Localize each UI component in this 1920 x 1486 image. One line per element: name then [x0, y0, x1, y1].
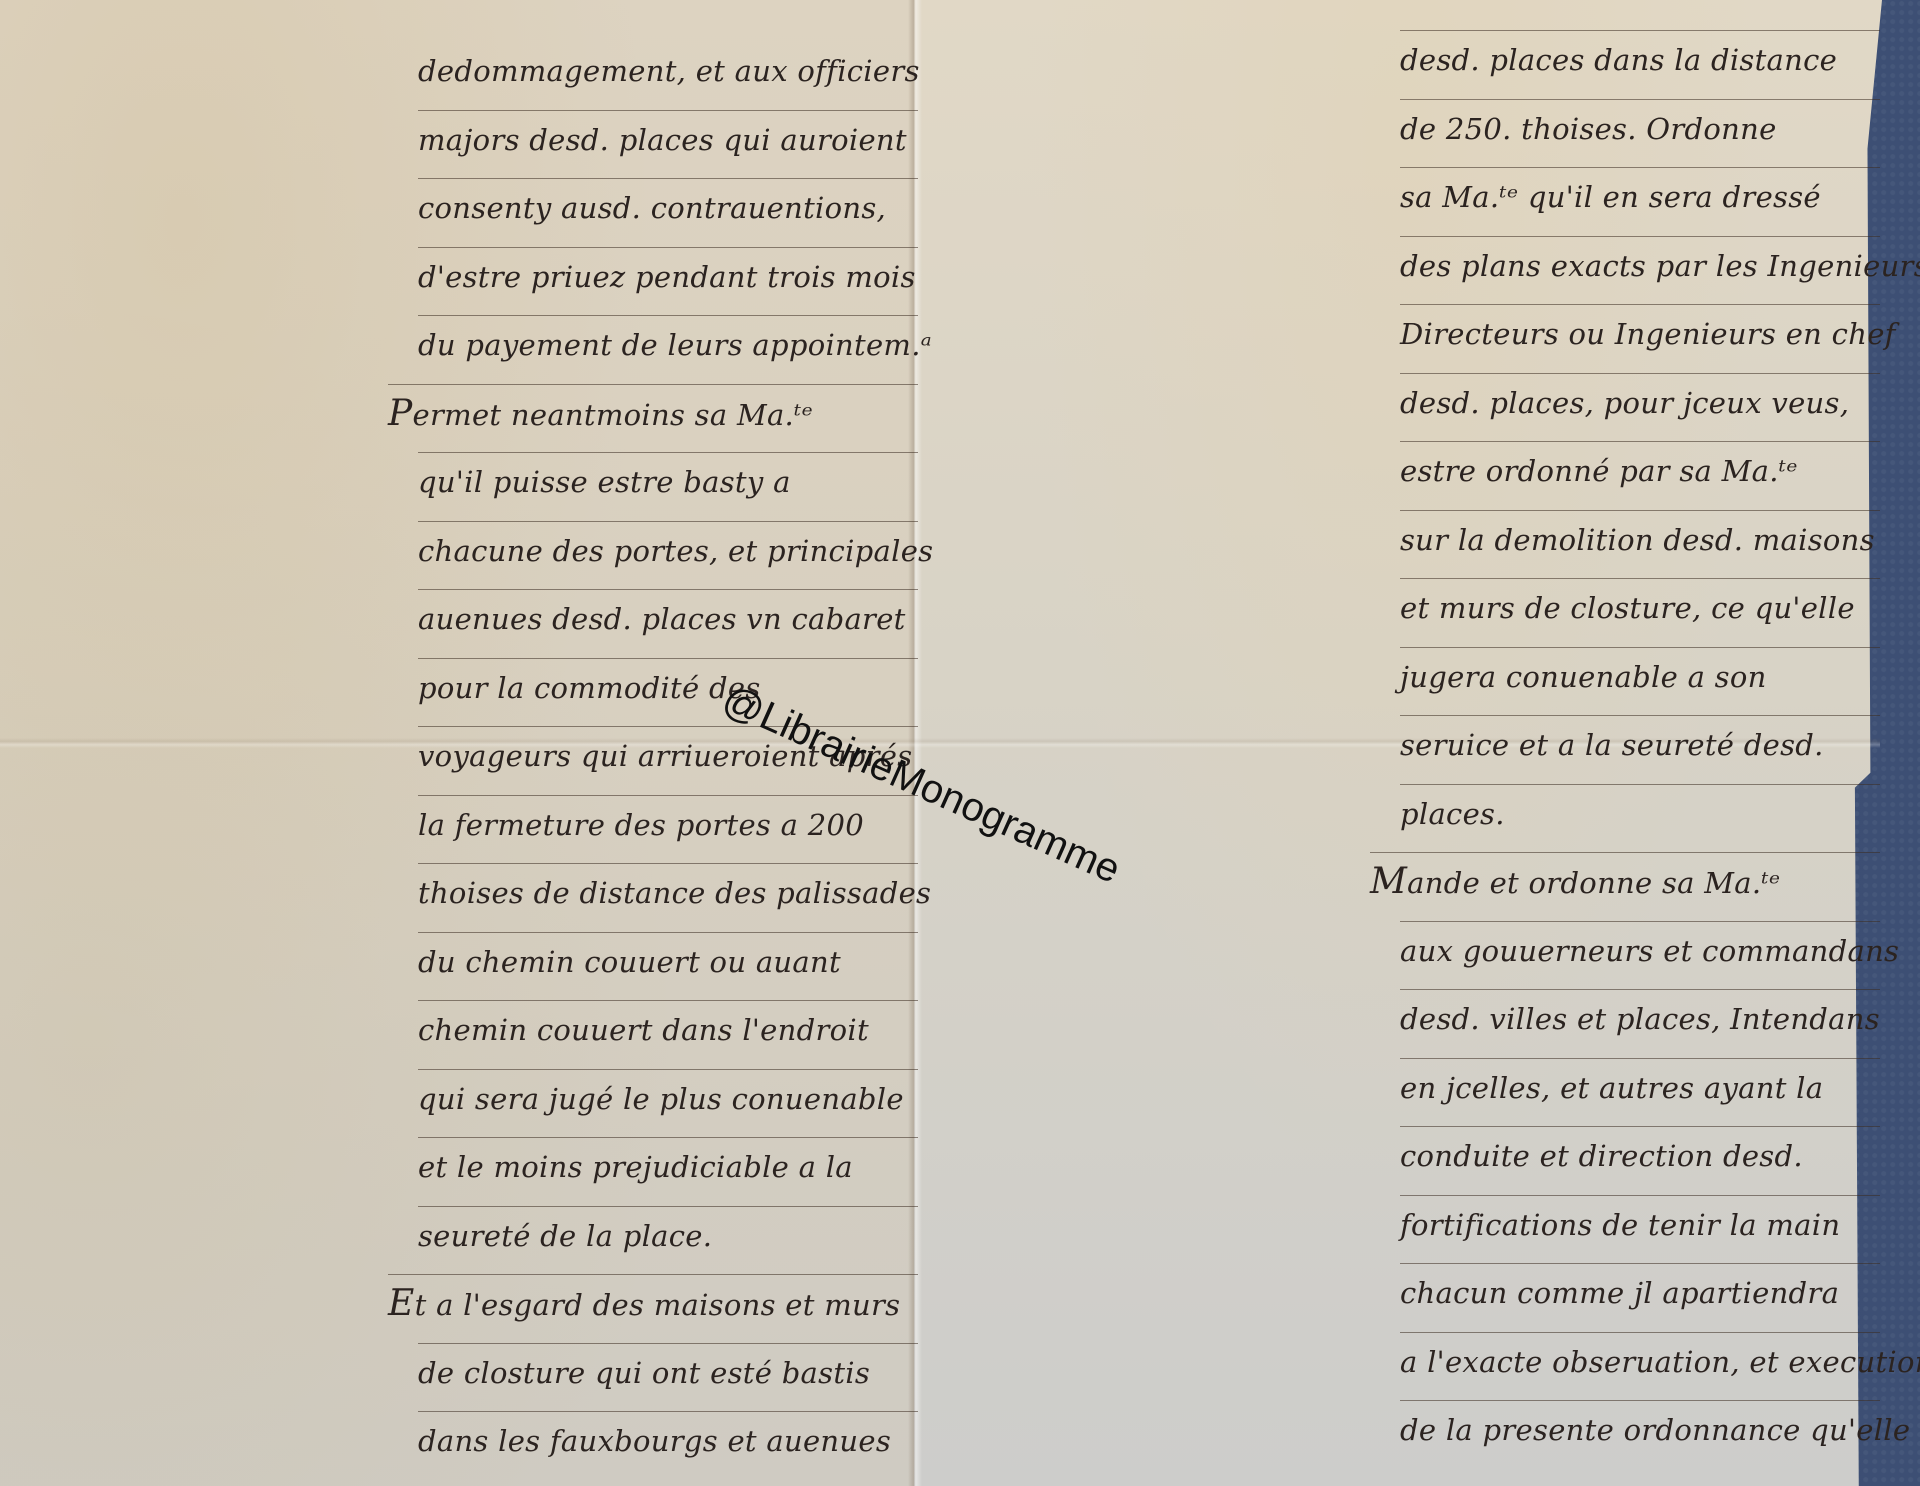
- text-line: estre ordonné par sa Ma.ᵗᵉ: [1400, 441, 1880, 510]
- text-line: dedommagement, et aux officiers: [418, 42, 918, 110]
- text-line: de la presente ordonnance qu'elle: [1400, 1400, 1880, 1469]
- text-line: du payement de leurs appointem.ᵃ: [418, 315, 918, 384]
- text-line: chemin couuert dans l'endroit: [418, 1000, 918, 1069]
- bleed-through-text: [60, 150, 390, 686]
- paragraph-start-line: Mande et ordonne sa Ma.ᵗᵉ: [1370, 852, 1880, 921]
- text-line: seureté de la place.: [418, 1206, 918, 1275]
- text-line: qui sera jugé le plus conuenable: [418, 1069, 918, 1138]
- text-line: des plans exacts par les Ingenieurs: [1400, 236, 1880, 305]
- text-line: de closture qui ont esté bastis: [418, 1343, 918, 1412]
- text-line: aux gouuerneurs et commandans: [1400, 921, 1880, 990]
- text-line: qu'il puisse estre basty a: [418, 452, 918, 521]
- right-page-text: desd. places dans la distance de 250. th…: [1400, 30, 1880, 1469]
- text-line: de 250. thoises. Ordonne: [1400, 99, 1880, 168]
- text-line: chacun comme jl apartiendra: [1400, 1263, 1880, 1332]
- text-line: dans les fauxbourgs et auenues: [418, 1411, 918, 1480]
- text-line: desd. places, pour jceux veus,: [1400, 373, 1880, 442]
- text-line: fortifications de tenir la main: [1400, 1195, 1880, 1264]
- text-line: jugera conuenable a son: [1400, 647, 1880, 716]
- text-line: desd. villes et places, Intendans: [1400, 989, 1880, 1058]
- text-line: Directeurs ou Ingenieurs en chef: [1400, 304, 1880, 373]
- text-line: majors desd. places qui auroient: [418, 110, 918, 179]
- text-line: et murs de closture, ce qu'elle: [1400, 578, 1880, 647]
- text-line: sa Ma.ᵗᵉ qu'il en sera dressé: [1400, 167, 1880, 236]
- text-line: auenues desd. places vn cabaret: [418, 589, 918, 658]
- text-line: desd. places dans la distance: [1400, 30, 1880, 99]
- text-line: chacune des portes, et principales: [418, 521, 918, 590]
- text-line: du chemin couuert ou auant: [418, 932, 918, 1001]
- text-line: et le moins prejudiciable a la: [418, 1137, 918, 1206]
- text-line: thoises de distance des palissades: [418, 863, 918, 932]
- text-line: sur la demolition desd. maisons: [1400, 510, 1880, 579]
- text-line: la fermeture des portes a 200: [418, 795, 918, 864]
- text-line: places.: [1400, 784, 1880, 853]
- text-line: en jcelles, et autres ayant la: [1400, 1058, 1880, 1127]
- paragraph-start-line: Et a l'esgard des maisons et murs: [388, 1274, 918, 1343]
- paragraph-start-line: Permet neantmoins sa Ma.ᵗᵉ: [388, 384, 918, 453]
- text-line: pour la commodité des: [418, 658, 918, 727]
- text-line: consenty ausd. contrauentions,: [418, 178, 918, 247]
- text-line: a l'exacte obseruation, et execution: [1400, 1332, 1880, 1401]
- text-line: conduite et direction desd.: [1400, 1126, 1880, 1195]
- text-line: d'estre priuez pendant trois mois: [418, 247, 918, 316]
- text-line: seruice et a la seureté desd.: [1400, 715, 1880, 784]
